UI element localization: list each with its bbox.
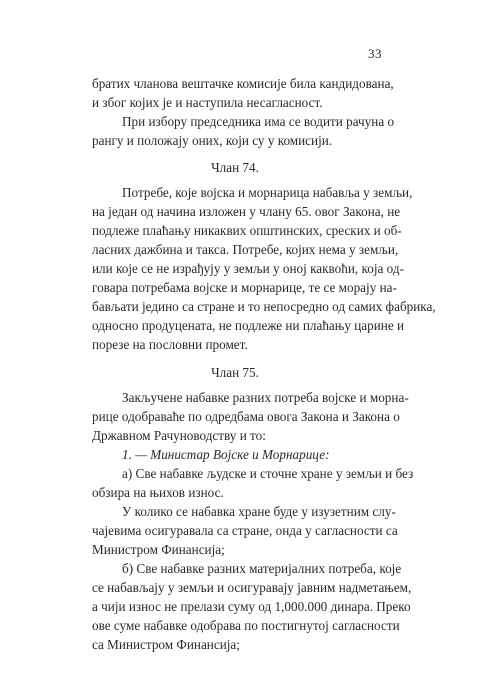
text-line: Закључене набавке разних потреба војске … — [122, 390, 378, 406]
text-line: рице одобраваће по одредбама овога Закон… — [92, 409, 378, 425]
text-line: а) Све набавке људске и сточне хране у з… — [122, 466, 378, 482]
article-74-heading: Члан 74. — [92, 160, 378, 176]
text-line: са Министром Финансија; — [92, 637, 378, 653]
text-line: говара потребама војске и морнарице, те … — [92, 280, 378, 296]
text-line: б) Све набавке разних материјалних потре… — [122, 561, 378, 577]
text-line: Потребе, које војска и морнарица набавља… — [122, 185, 378, 201]
text-line: ласних дажбина и такса. Потребе, којих н… — [92, 242, 378, 258]
text-line: порезе на пословни промет. — [92, 337, 378, 353]
text-line: Министром Финансија; — [92, 542, 378, 558]
text-line: и због којих је и наступила несагласност… — [92, 95, 378, 111]
article-75-heading: Члан 75. — [92, 365, 378, 381]
page-number: 33 — [368, 46, 382, 62]
text-line: бављати једино са стране и то непосредно… — [92, 299, 378, 315]
text-line: обзира на њихов износ. — [92, 485, 378, 501]
text-line: братих чланова вештачке комисије била ка… — [92, 76, 378, 92]
text-line: се набављају у земљи и осигуравају јавни… — [92, 580, 378, 596]
text-line: чајевима осигуравала са стране, онда у с… — [92, 523, 378, 539]
text-line: а чији износ не прелази суму од 1,000.00… — [92, 599, 378, 615]
text-line: Државном Рачуноводству и то: — [92, 428, 378, 444]
text-line: рангу и положају оних, који су у комисиј… — [92, 133, 378, 149]
text-line: У колико се набавка хране буде у изузетн… — [122, 504, 378, 520]
text-line: на један од начина изложен у члану 65. о… — [92, 204, 378, 220]
text-line: подлеже плаћању никаквих општинских, сре… — [92, 223, 378, 239]
text-line: односно продуцената, не подлеже ни плаћа… — [92, 318, 378, 334]
text-line: При избору председника има се водити рач… — [122, 114, 378, 130]
text-line: или које се не израђују у земљи у оној к… — [92, 261, 378, 277]
text-line: 1. — Министар Војске и Морнарице: — [122, 447, 378, 463]
text-line: ове суме набавке одобрава по постигнутој… — [92, 618, 378, 634]
